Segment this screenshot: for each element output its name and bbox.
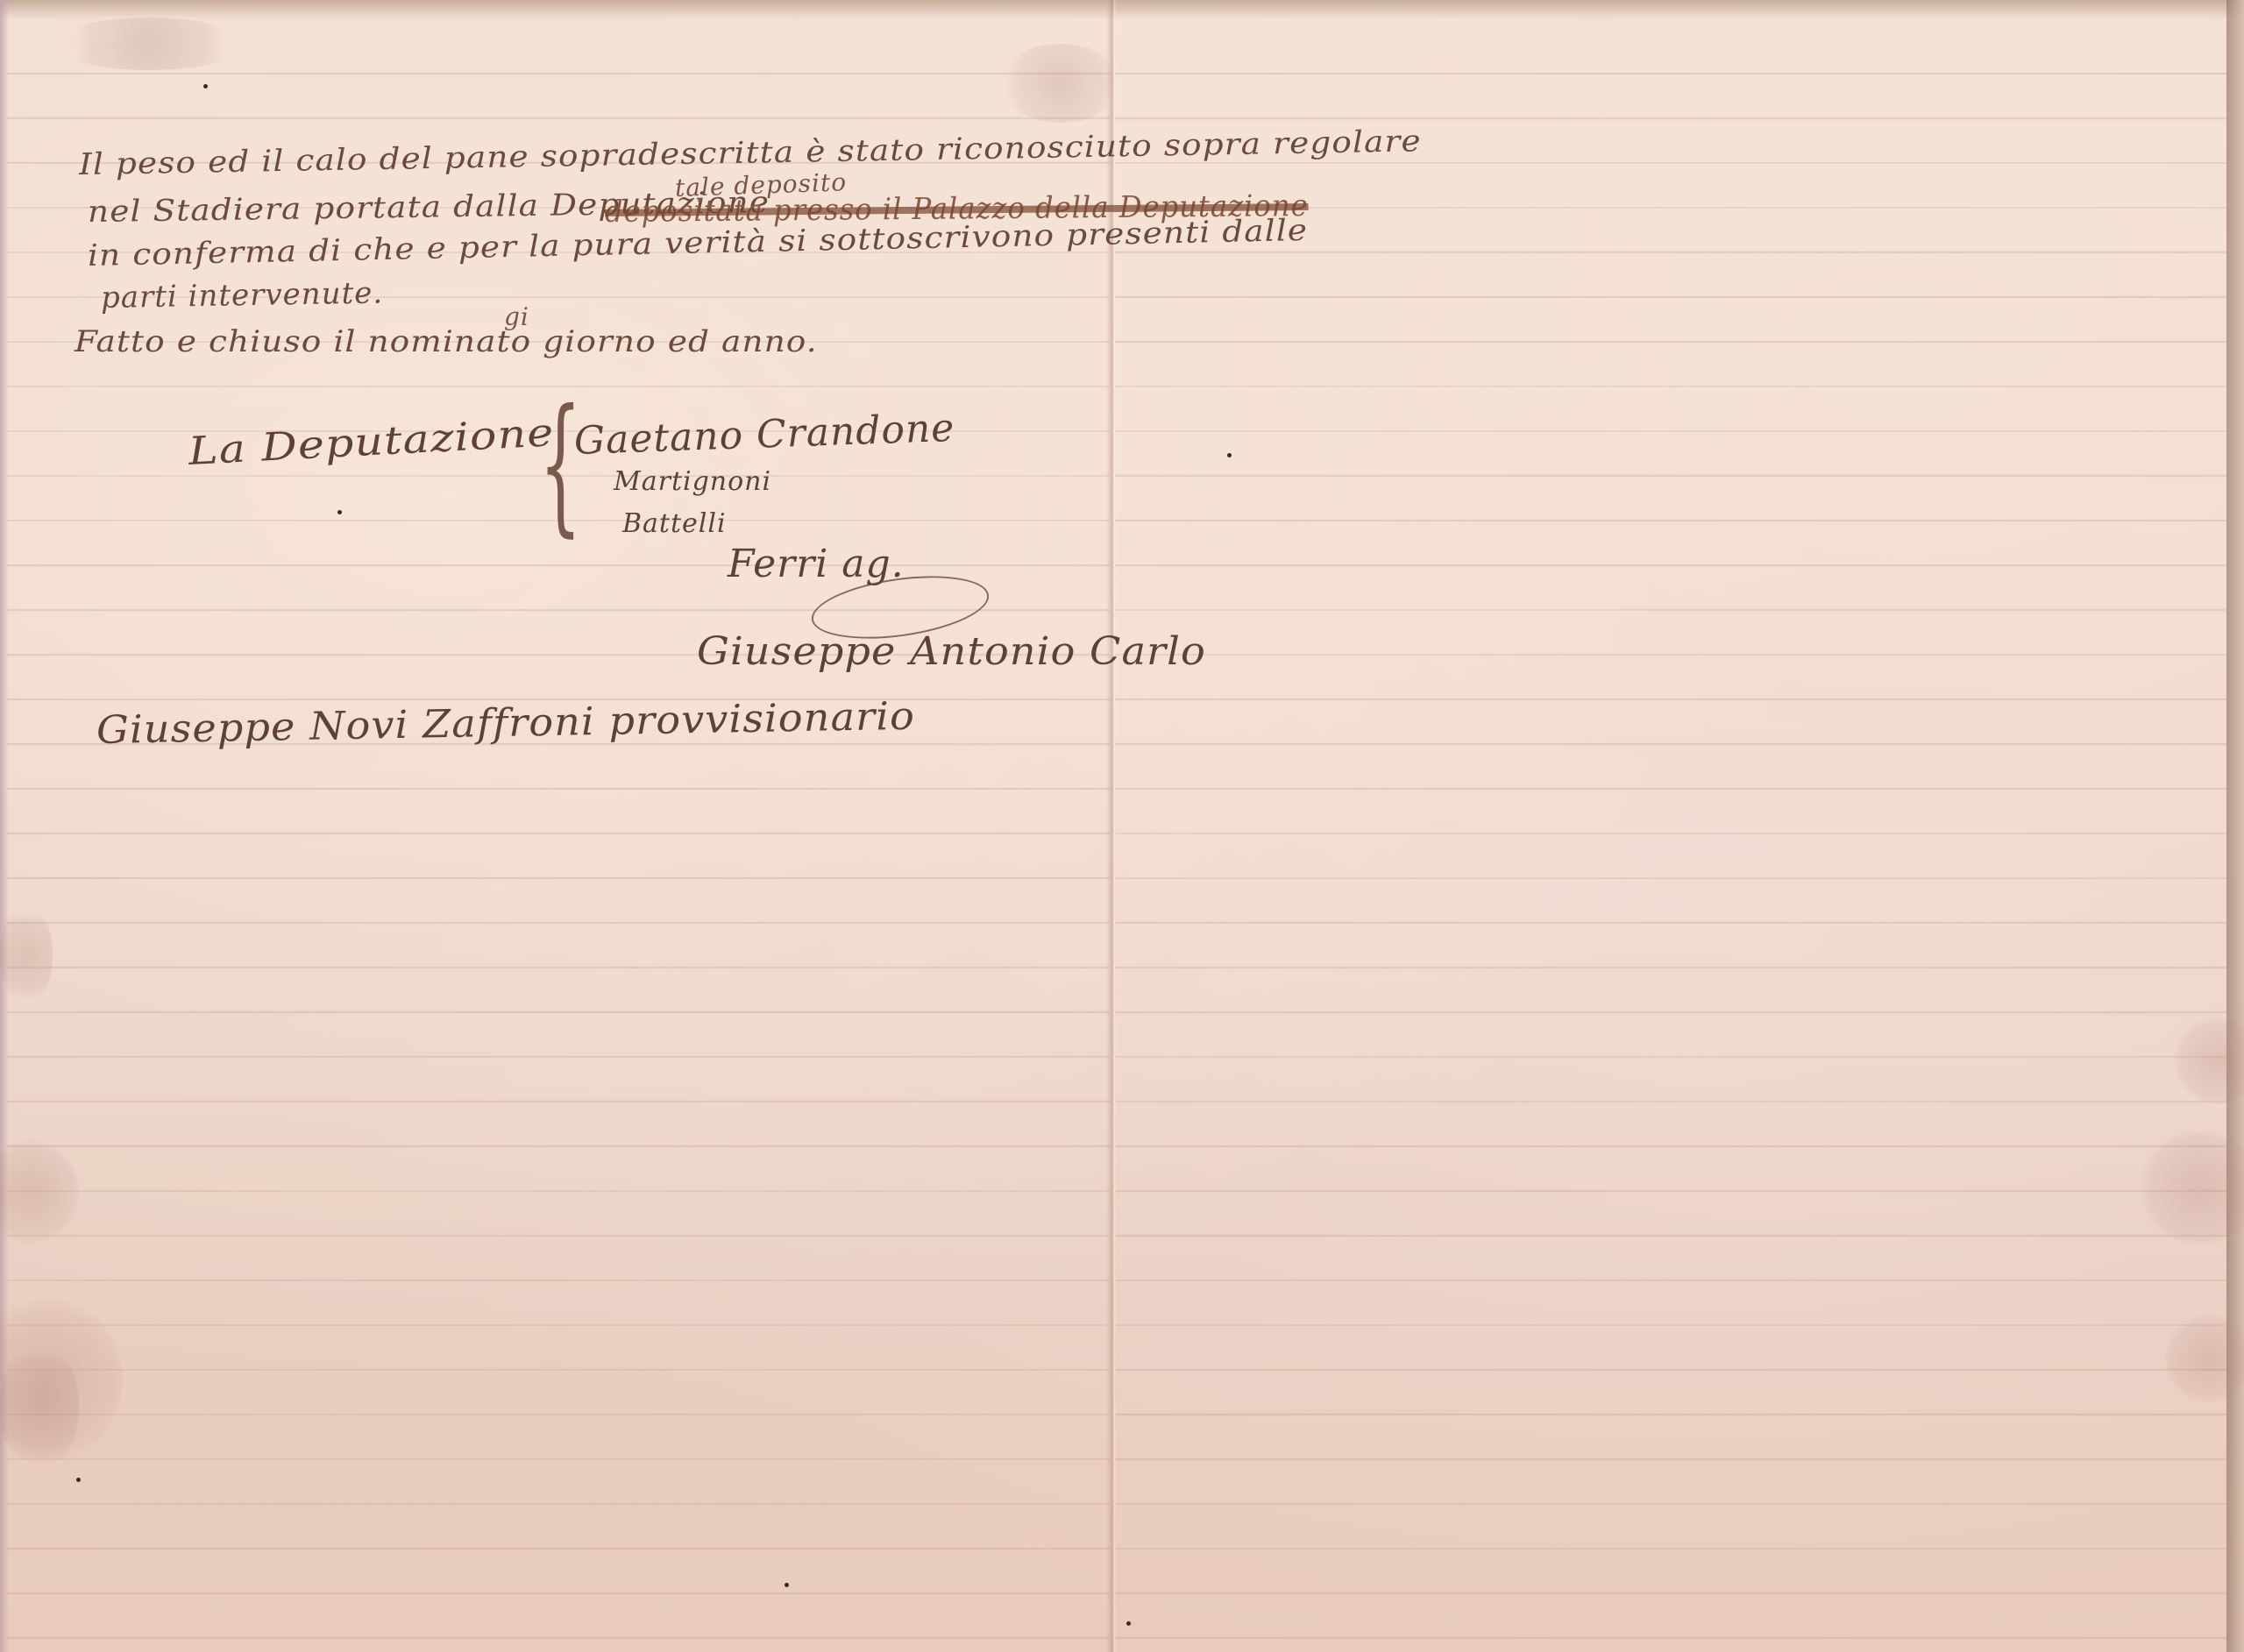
right-page bbox=[1115, 11, 2226, 1652]
speck bbox=[1227, 453, 1232, 457]
signature-brace: { bbox=[539, 390, 582, 539]
signature-4: Ferri ag. bbox=[728, 542, 905, 586]
stain bbox=[999, 44, 1122, 123]
speck bbox=[76, 1478, 81, 1482]
stain bbox=[0, 903, 53, 1008]
stain bbox=[0, 1341, 79, 1472]
speck bbox=[203, 84, 208, 89]
body-line-4: parti intervenute. bbox=[101, 275, 384, 316]
top-edge-shadow bbox=[0, 0, 2244, 19]
stain bbox=[53, 18, 245, 70]
right-torn-edge bbox=[2226, 0, 2244, 1652]
stain bbox=[2165, 1315, 2244, 1402]
speck bbox=[785, 1583, 789, 1587]
signature-5: Giuseppe Antonio Carlo bbox=[697, 629, 1206, 674]
body-line-5: Fatto e chiuso il nominato giorno ed ann… bbox=[75, 324, 818, 359]
signature-3: Battelli bbox=[622, 508, 727, 539]
document-photo: Il peso ed il calo del pane sopradescrit… bbox=[0, 0, 2244, 1652]
signature-2: Martignoni bbox=[614, 466, 771, 497]
speck bbox=[337, 510, 342, 514]
speck bbox=[1126, 1621, 1131, 1626]
